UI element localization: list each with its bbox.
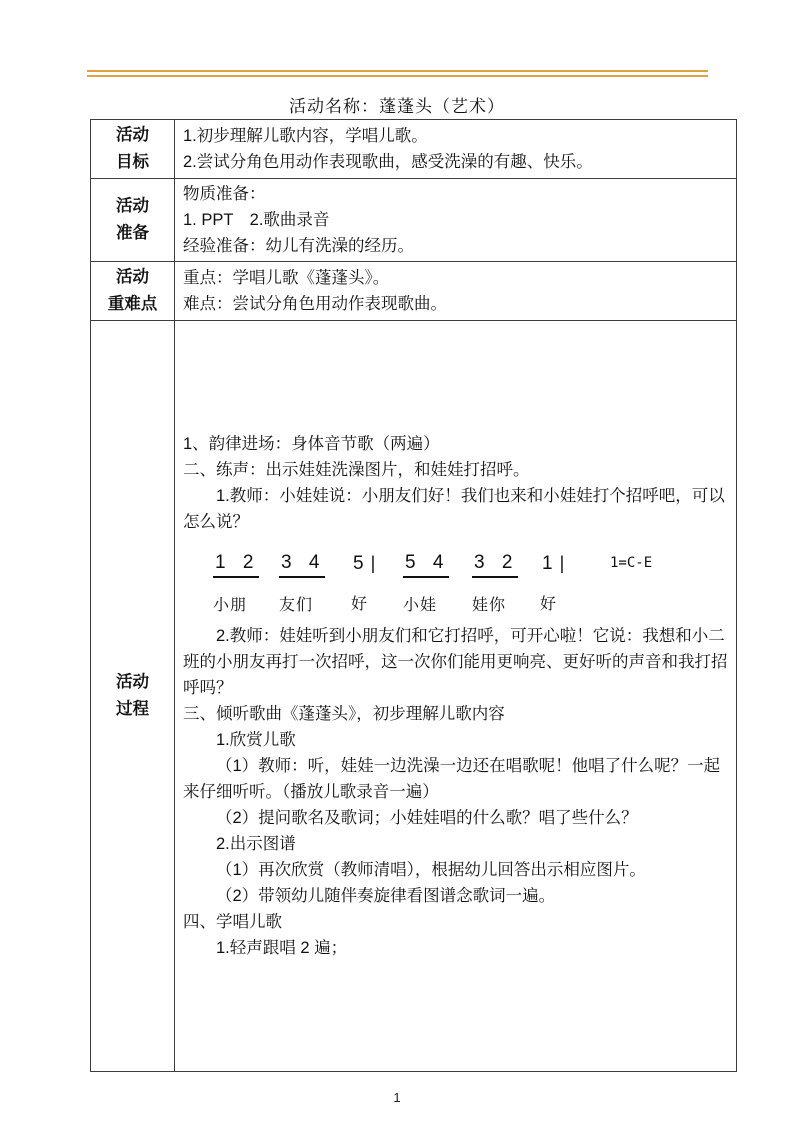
note: 1 bbox=[540, 552, 555, 577]
bar-line: | bbox=[560, 551, 565, 575]
table-row: 活动 准备 物质准备： 1. PPT 2.歌曲录音 经验准备：幼儿有洗澡的经历。 bbox=[91, 179, 737, 262]
table-row: 活动 过程 1、韵律进场：身体音节歌（两遍） 二、练声：出示娃娃洗澡图片，和娃娃… bbox=[91, 321, 737, 1072]
process-paragraph: 2.出示图谱 bbox=[183, 831, 728, 857]
lesson-plan-table: 活动 目标 1.初步理解儿歌内容，学唱儿歌。 2.尝试分角色用动作表现歌曲，感受… bbox=[90, 119, 737, 1072]
process-paragraph: （2）提问歌名及歌词；小娃娃唱的什么歌？唱了些什么？ bbox=[183, 805, 728, 831]
row-header-line: 活动 bbox=[99, 669, 166, 696]
lyric: 小朋 bbox=[213, 592, 279, 615]
page-title: 活动名称：蓬蓬头（艺术） bbox=[0, 92, 794, 117]
note-group: 3 4 友们 bbox=[279, 551, 351, 615]
note-pair: 1 2 bbox=[213, 551, 259, 578]
process-paragraph: 2.教师：娃娃听到小朋友们和它打招呼，可开心啦！它说：我想和小二班的小朋友再打一… bbox=[183, 623, 728, 701]
cell-line: 重点：学唱儿歌《蓬蓬头》。 bbox=[183, 265, 728, 291]
note-group: 1 2 小朋 bbox=[213, 551, 279, 615]
note-pair: 5 4 bbox=[403, 551, 449, 578]
process-paragraph: （2）带领幼儿随伴奏旋律看图谱念歌词一遍。 bbox=[183, 883, 728, 909]
process-paragraph: 四、学唱儿歌 bbox=[183, 909, 728, 935]
process-paragraph: （1）教师：听，娃娃一边洗澡一边还在唱歌呢！他唱了什么呢？一起来仔细听听。（播放… bbox=[183, 753, 728, 805]
note-group: 3 2 娃你 bbox=[472, 551, 540, 615]
row-content-process: 1、韵律进场：身体音节歌（两遍） 二、练声：出示娃娃洗澡图片，和娃娃打招呼。 1… bbox=[175, 321, 737, 1072]
lyric: 好 bbox=[351, 591, 403, 614]
cell-line: 难点：尝试分角色用动作表现歌曲。 bbox=[183, 291, 728, 317]
row-header-line: 活动 bbox=[99, 264, 166, 291]
row-content-key-points: 重点：学唱儿歌《蓬蓬头》。 难点：尝试分角色用动作表现歌曲。 bbox=[175, 262, 737, 321]
note-group: 1| 好 bbox=[540, 551, 598, 614]
row-header-key-points: 活动 重难点 bbox=[91, 262, 175, 321]
row-header-line: 过程 bbox=[99, 696, 166, 723]
cell-line: 1. PPT 2.歌曲录音 bbox=[183, 207, 728, 233]
note-group: 5| 好 bbox=[351, 551, 403, 614]
page-number: 1 bbox=[0, 1090, 794, 1105]
key-signature: 1=C-E bbox=[610, 551, 652, 571]
row-header-line: 活动 bbox=[99, 193, 166, 220]
process-paragraph: 1.轻声跟唱 2 遍； bbox=[183, 935, 728, 961]
note-pair: 3 4 bbox=[279, 551, 325, 578]
row-header-process: 活动 过程 bbox=[91, 321, 175, 1072]
process-paragraph: 1.欣赏儿歌 bbox=[183, 727, 728, 753]
cell-line: 1.初步理解儿歌内容，学唱儿歌。 bbox=[183, 123, 728, 149]
document-page: 活动名称：蓬蓬头（艺术） 活动 目标 1.初步理解儿歌内容，学唱儿歌。 2.尝试… bbox=[0, 0, 794, 1123]
note: 5 bbox=[351, 552, 366, 577]
row-content-preparation: 物质准备： 1. PPT 2.歌曲录音 经验准备：幼儿有洗澡的经历。 bbox=[175, 179, 737, 262]
process-paragraph: 1.教师：小娃娃说：小朋友们好！我们也来和小娃娃打个招呼吧，可以怎么说？ bbox=[183, 483, 728, 535]
bar-line: | bbox=[371, 551, 376, 575]
lyric: 小娃 bbox=[403, 592, 472, 615]
row-header-line: 活动 bbox=[99, 122, 166, 149]
process-paragraph: 1、韵律进场：身体音节歌（两遍） bbox=[183, 431, 728, 457]
row-header-goals: 活动 目标 bbox=[91, 120, 175, 179]
table-row: 活动 目标 1.初步理解儿歌内容，学唱儿歌。 2.尝试分角色用动作表现歌曲，感受… bbox=[91, 120, 737, 179]
lyric: 友们 bbox=[279, 592, 351, 615]
row-header-line: 准备 bbox=[99, 220, 166, 247]
row-header-line: 目标 bbox=[99, 149, 166, 176]
row-header-preparation: 活动 准备 bbox=[91, 179, 175, 262]
gold-divider-rule bbox=[87, 70, 708, 77]
lyric: 娃你 bbox=[472, 592, 540, 615]
row-header-line: 重难点 bbox=[99, 291, 166, 318]
table-row: 活动 重难点 重点：学唱儿歌《蓬蓬头》。 难点：尝试分角色用动作表现歌曲。 bbox=[91, 262, 737, 321]
process-paragraph: 三、倾听歌曲《蓬蓬头》，初步理解儿歌内容 bbox=[183, 701, 728, 727]
cell-line: 物质准备： bbox=[183, 181, 728, 207]
note-group: 5 4 小娃 bbox=[403, 551, 472, 615]
note-pair: 3 2 bbox=[472, 551, 518, 578]
process-paragraph: 二、练声：出示娃娃洗澡图片，和娃娃打招呼。 bbox=[183, 457, 728, 483]
process-paragraph: （1）再次欣赏（教师清唱），根据幼儿回答出示相应图片。 bbox=[183, 857, 728, 883]
music-notation: 1 2 小朋 3 4 友们 5| 好 5 4 小娃 bbox=[213, 551, 728, 615]
cell-line: 2.尝试分角色用动作表现歌曲，感受洗澡的有趣、快乐。 bbox=[183, 149, 728, 175]
row-content-goals: 1.初步理解儿歌内容，学唱儿歌。 2.尝试分角色用动作表现歌曲，感受洗澡的有趣、… bbox=[175, 120, 737, 179]
cell-line: 经验准备：幼儿有洗澡的经历。 bbox=[183, 233, 728, 259]
lyric: 好 bbox=[540, 591, 598, 614]
